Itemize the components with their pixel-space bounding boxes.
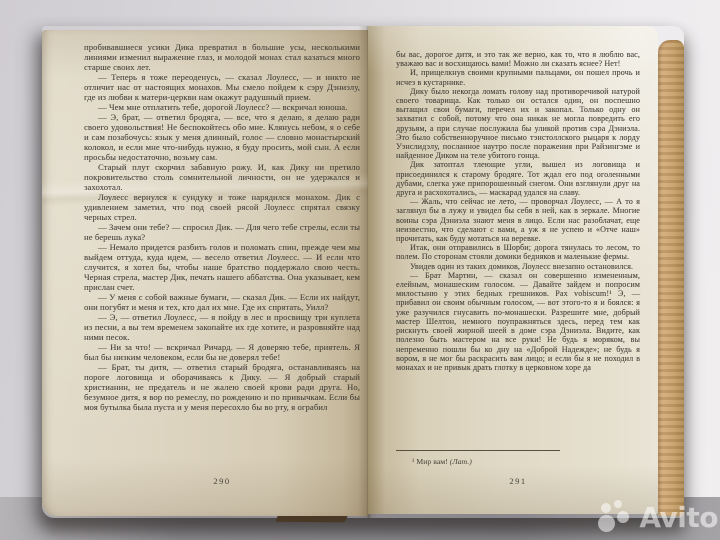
text-paragraph: — Теперь я тоже переоденусь, — сказал Ло… — [84, 72, 360, 102]
text-paragraph: — Э, — ответил Лоулесс, — я пойду в лес … — [84, 312, 360, 342]
text-paragraph: — Брат Мартин, — сказал он совершенно из… — [396, 271, 640, 372]
text-paragraph: — Немало придется разбить голов и полома… — [84, 242, 360, 292]
text-paragraph: — Зачем они тебе? — спросил Дик. — Для ч… — [84, 222, 360, 242]
text-paragraph: — Жаль, что сейчас не лето, — проворчал … — [396, 197, 640, 243]
text-paragraph: пробивавшиеся усики Дика превратил в бол… — [84, 42, 360, 72]
text-paragraph: И, прищелкнув своими крупными пальцами, … — [396, 68, 640, 86]
text-paragraph: — Ни за что! — вскричал Ричард. — Я дове… — [84, 342, 360, 362]
page-fore-edge — [658, 40, 684, 516]
text-paragraph: Увидев один из таких домиков, Лоулесс вн… — [396, 262, 640, 271]
open-book: пробивавшиеся усики Дика превратил в бол… — [42, 26, 684, 518]
footnote: ¹ Мир вам! (Лат.) — [412, 457, 632, 466]
text-paragraph: Дик затоптал тлеющие угли, вышел из лого… — [396, 160, 640, 197]
text-paragraph: Итак, они отправились в Шорби; дорога тя… — [396, 243, 640, 261]
text-paragraph: Лоулесс вернулся к сундуку и тоже наряди… — [84, 192, 360, 222]
footnote-lang-note: (Лат.) — [450, 457, 472, 466]
left-page-text: пробивавшиеся усики Дика превратил в бол… — [84, 42, 360, 412]
text-paragraph: — Брат, ты дитя, — ответил старый бродяг… — [84, 362, 360, 412]
avito-logo-icon — [598, 500, 634, 534]
text-paragraph: — У меня с собой важные бумаги, — сказал… — [84, 292, 360, 312]
footnote-text: ¹ Мир вам! — [412, 457, 448, 466]
text-paragraph: — Чем мне отплатить тебе, дорогой Лоулес… — [84, 102, 360, 112]
right-page: бы вас, дорогое дитя, и это так же верно… — [368, 26, 658, 514]
avito-watermark: Avito — [598, 500, 718, 534]
footnote-divider — [396, 450, 560, 451]
watermark-label: Avito — [639, 501, 718, 534]
right-page-text: бы вас, дорогое дитя, и это так же верно… — [396, 50, 640, 372]
text-paragraph: Дику было некогда ломать голову над прот… — [396, 87, 640, 161]
text-paragraph: Старый плут скорчил забавную рожу. И, ка… — [84, 162, 360, 192]
page-number-right: 291 — [396, 476, 640, 486]
text-paragraph: — Э, брат, — ответил бродяга, — все, что… — [84, 112, 360, 162]
book-photo: пробивавшиеся усики Дика превратил в бол… — [0, 0, 720, 540]
page-number-left: 290 — [84, 476, 360, 486]
left-page: пробивавшиеся усики Дика превратил в бол… — [42, 30, 368, 516]
text-paragraph: бы вас, дорогое дитя, и это так же верно… — [396, 50, 640, 68]
